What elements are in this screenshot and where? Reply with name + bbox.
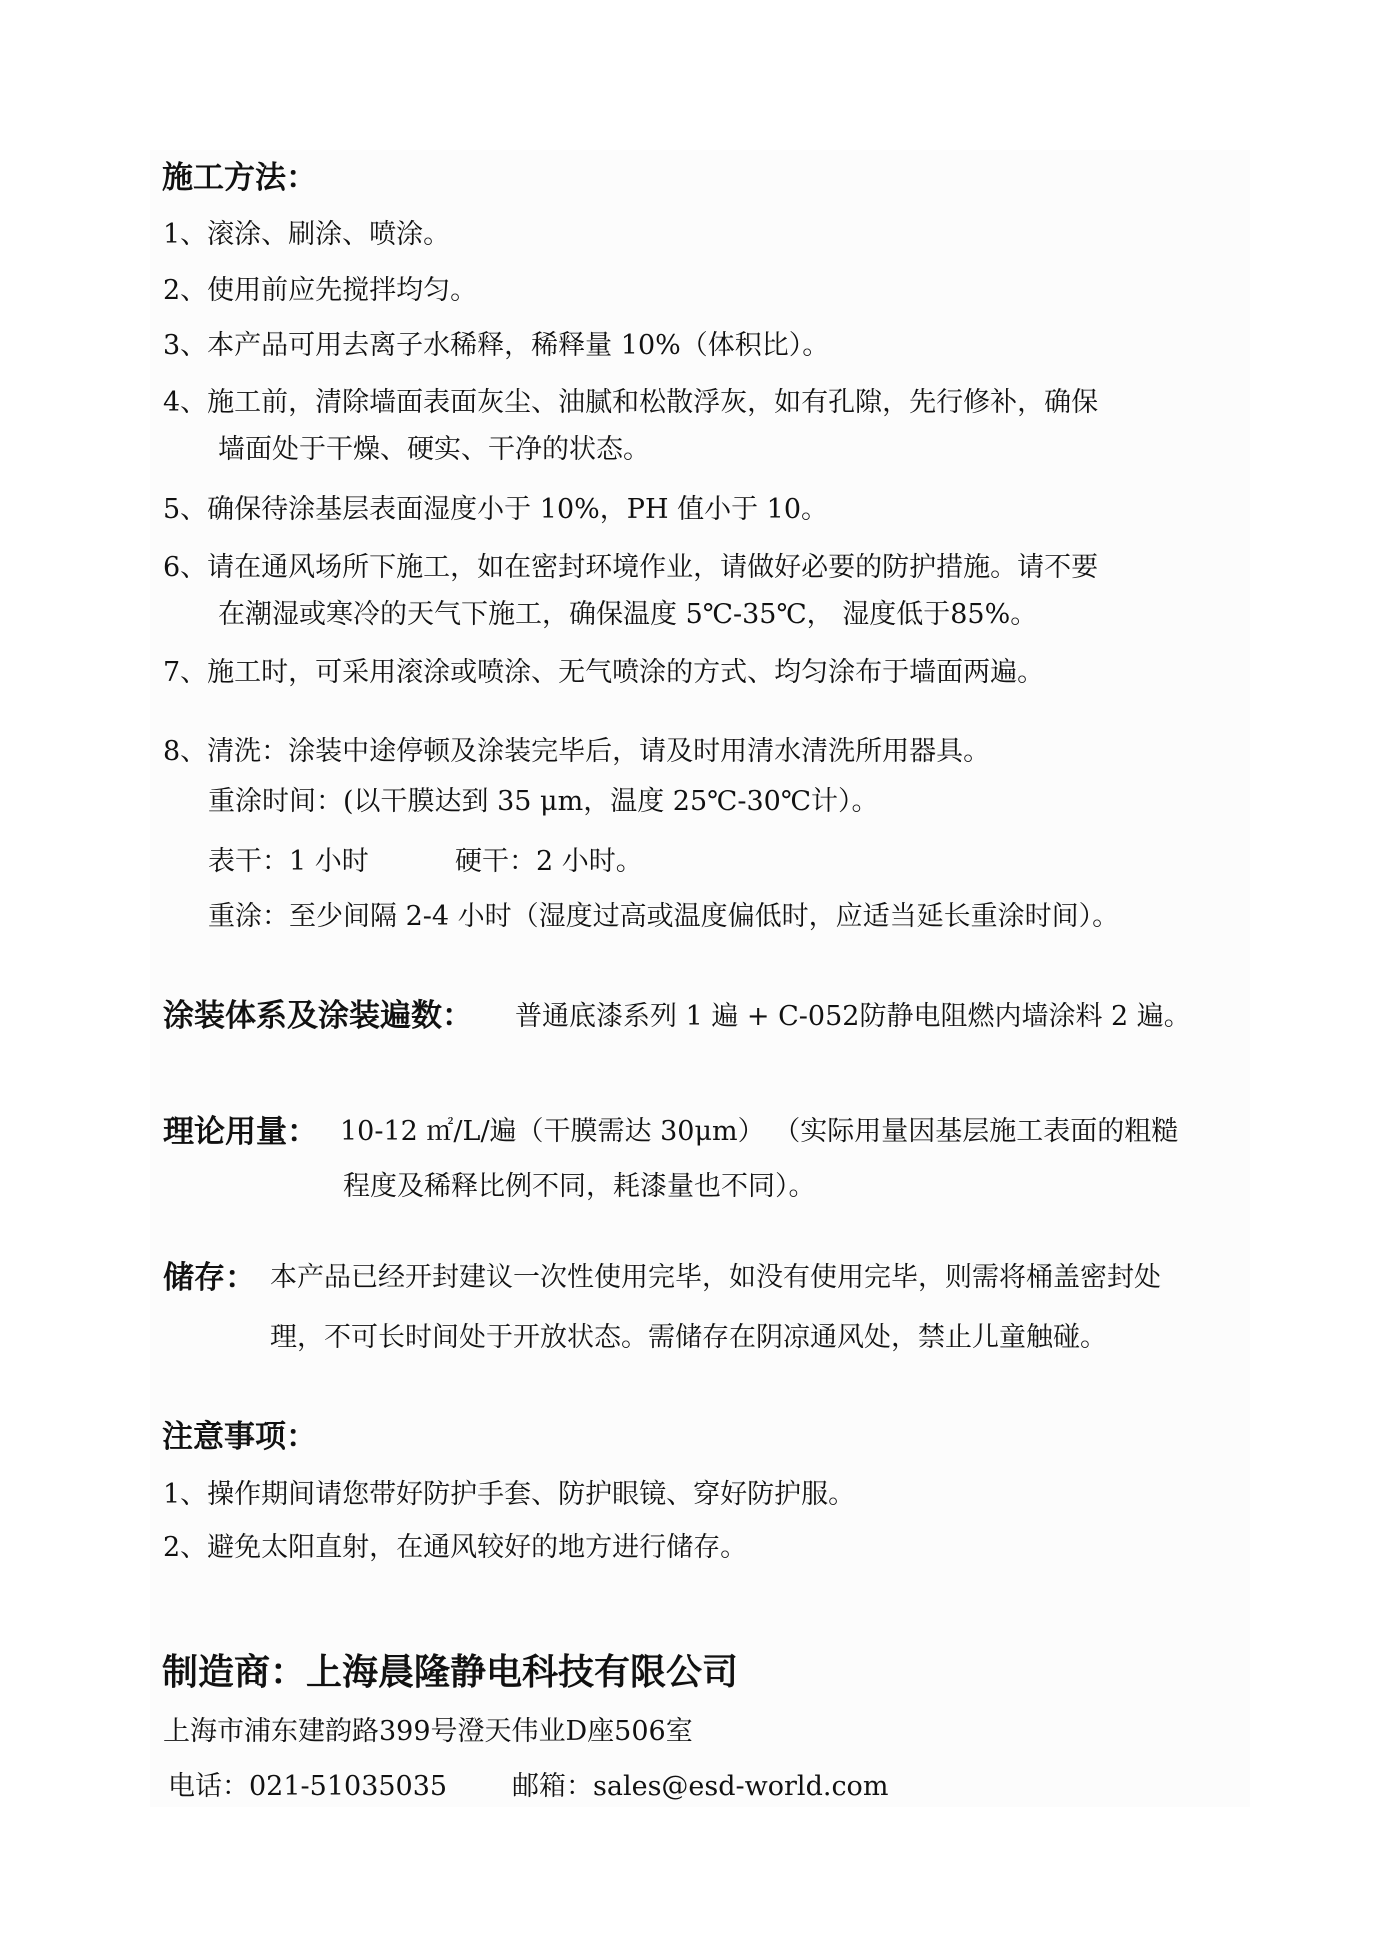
construction-item: 1、滚涂、刷涂、喷涂。 xyxy=(163,219,450,251)
manufacturer-phone: 电话：021-51035035 xyxy=(168,1771,447,1803)
notes-item: 1、操作期间请您带好防护手套、防护眼镜、穿好防护服。 xyxy=(163,1479,855,1511)
construction-item: 2、使用前应先搅拌均匀。 xyxy=(163,275,477,307)
hard-dry-line: 硬干：2 小时。 xyxy=(455,846,643,878)
construction-item: 6、请在通风场所下施工，如在密封环境作业，请做好必要的防护措施。请不要 xyxy=(163,552,1098,584)
notes-heading: 注意事项： xyxy=(162,1417,317,1457)
construction-item-continuation: 墙面处于干燥、硬实、干净的状态。 xyxy=(218,434,650,466)
notes-item: 2、避免太阳直射，在通风较好的地方进行储存。 xyxy=(163,1532,747,1564)
construction-heading: 施工方法： xyxy=(162,158,317,198)
recoat-time-line: 重涂时间：(以干膜达到 35 μm，温度 25℃-30℃计）。 xyxy=(208,786,879,818)
usage-line1: 10-12 ㎡/L/遍（干膜需达 30μm） （实际用量因基层施工表面的粗糙 xyxy=(340,1116,1178,1148)
system-heading: 涂装体系及涂装遍数： xyxy=(163,996,473,1036)
storage-line2: 理，不可长时间处于开放状态。需储存在阴凉通风处，禁止儿童触碰。 xyxy=(270,1322,1107,1354)
construction-item: 4、施工前，清除墙面表面灰尘、油腻和松散浮灰，如有孔隙，先行修补，确保 xyxy=(163,387,1098,419)
storage-line1: 本产品已经开封建议一次性使用完毕，如没有使用完毕，则需将桶盖密封处 xyxy=(270,1262,1161,1294)
manufacturer-heading: 制造商：上海晨隆静电科技有限公司 xyxy=(162,1650,738,1696)
surface-dry-line: 表干：1 小时 xyxy=(208,846,369,878)
recoat-interval-line: 重涂：至少间隔 2-4 小时（湿度过高或温度偏低时，应适当延长重涂时间）。 xyxy=(208,901,1119,933)
usage-heading: 理论用量： xyxy=(163,1112,318,1152)
construction-item: 3、本产品可用去离子水稀释，稀释量 10%（体积比）。 xyxy=(163,330,829,362)
system-value: 普通底漆系列 1 遍 + C-052防静电阻燃内墙涂料 2 遍。 xyxy=(515,1001,1191,1033)
manufacturer-address: 上海市浦东建韵路399号澄天伟业D座506室 xyxy=(163,1716,693,1748)
construction-item-continuation: 在潮湿或寒冷的天气下施工，确保温度 5℃-35℃， 湿度低于85%。 xyxy=(218,599,1037,631)
storage-heading: 储存： xyxy=(163,1258,256,1298)
construction-item: 7、施工时，可采用滚涂或喷涂、无气喷涂的方式、均匀涂布于墙面两遍。 xyxy=(163,657,1044,689)
construction-item: 5、确保待涂基层表面湿度小于 10%，PH 值小于 10。 xyxy=(163,494,828,526)
usage-line2: 程度及稀释比例不同，耗漆量也不同）。 xyxy=(343,1171,816,1203)
construction-item: 8、清洗：涂装中途停顿及涂装完毕后，请及时用清水清洗所用器具。 xyxy=(163,736,990,768)
manufacturer-email[interactable]: 邮箱：sales@esd-world.com xyxy=(512,1771,888,1803)
